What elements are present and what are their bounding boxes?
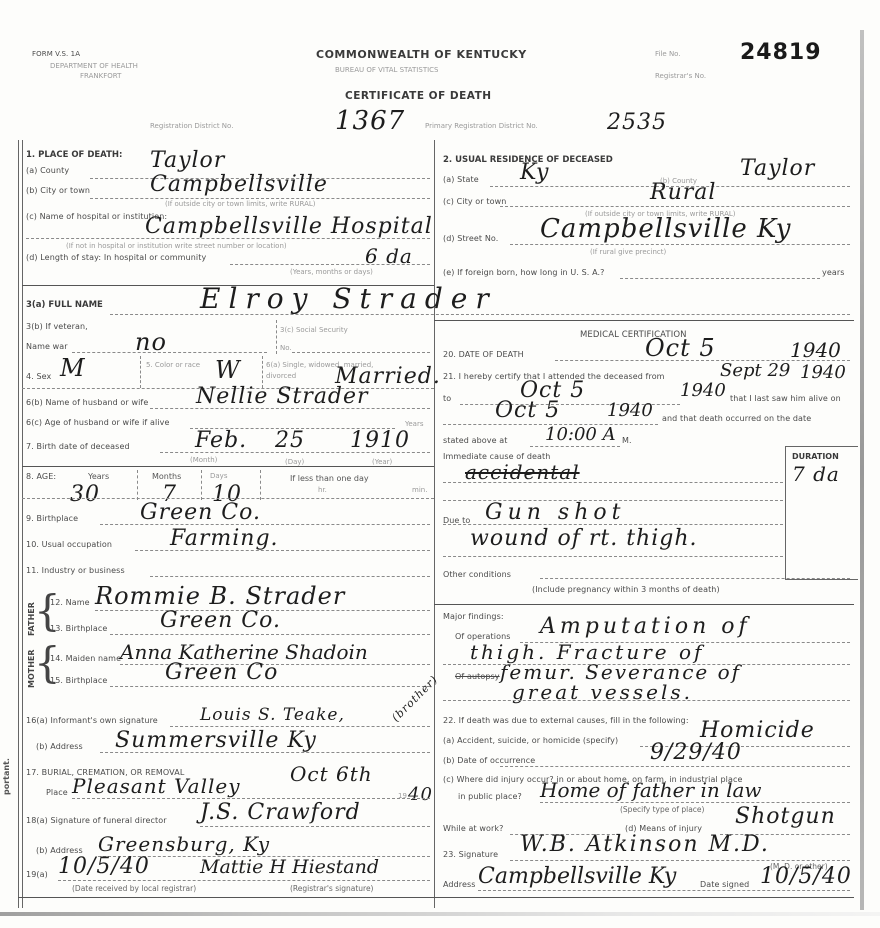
birthplace-label: 9. Birthplace xyxy=(26,514,78,523)
rule xyxy=(110,314,850,315)
rule xyxy=(140,356,141,388)
occupation-value: Farming. xyxy=(170,526,279,551)
birthplace-value: Green Co. xyxy=(140,500,261,525)
age-days-label: Days xyxy=(210,472,227,480)
spouse-label: 6(b) Name of husband or wife xyxy=(26,398,148,407)
rule xyxy=(500,766,850,767)
informant-relation: (brother) xyxy=(389,673,440,724)
industry-label: 11. Industry or business xyxy=(26,566,125,575)
hospital-note: (If not in hospital or institution write… xyxy=(66,242,287,250)
rule xyxy=(170,726,430,727)
rule xyxy=(22,466,434,467)
date-of-death-label: 20. DATE OF DEATH xyxy=(443,350,524,359)
spouse-age-label: 6(c) Age of husband or wife if alive xyxy=(26,418,169,427)
res-county: Taylor xyxy=(740,156,815,181)
rule xyxy=(22,498,434,499)
age-months-label: Months xyxy=(152,472,181,481)
birth-date-label: 7. Birth date of deceased xyxy=(26,442,130,451)
rule xyxy=(201,470,202,500)
less-than-day-label: If less than one day xyxy=(290,474,369,483)
rule xyxy=(434,604,854,605)
hr-label: hr. xyxy=(318,486,327,494)
form-number: FORM V.S. 1A xyxy=(32,50,80,58)
death-city: Campbellsville xyxy=(150,172,328,197)
rule xyxy=(555,360,850,361)
birth-month: Feb. xyxy=(195,428,247,453)
registration-district-label: Registration District No. xyxy=(150,122,233,130)
rule xyxy=(200,826,430,827)
file-no-label: File No. xyxy=(655,50,681,58)
veteran-label: 3(b) If veteran, xyxy=(26,322,88,331)
rule xyxy=(100,524,430,525)
burial-place: Pleasant Valley xyxy=(72,774,241,798)
res-street-note: (If rural give precinct) xyxy=(590,248,666,256)
to-label: to xyxy=(443,394,451,403)
mother-birthplace: Green Co xyxy=(165,660,278,685)
duration-value: 7 da xyxy=(792,462,840,486)
registrar-signature: Mattie H Hiestand xyxy=(200,856,379,878)
certificate-title: CERTIFICATE OF DEATH xyxy=(345,90,492,102)
rule xyxy=(443,482,783,483)
city-note: (If outside city or town limits, write R… xyxy=(165,200,316,208)
due-to-line-1: Gun shot xyxy=(485,500,625,525)
color-value: W xyxy=(215,356,241,384)
mother-birthplace-label: 15. Birthplace xyxy=(50,676,107,685)
rule xyxy=(500,206,850,207)
ss-label: 3(c) Social Security xyxy=(280,326,348,334)
father-birthplace: Green Co. xyxy=(160,608,281,633)
birth-year: 1910 xyxy=(350,428,410,453)
res-street: Campbellsville Ky xyxy=(540,214,791,244)
autopsy-label: Of autopsy xyxy=(455,672,500,681)
rule xyxy=(110,634,430,635)
color-label: 5. Color or race xyxy=(146,360,206,371)
funeral-director-signature: J.S. Crawford xyxy=(200,800,361,825)
age-label: 8. AGE: xyxy=(26,472,56,481)
funeral-director-label: 18(a) Signature of funeral director xyxy=(26,816,167,825)
attended-to-year: 1940 xyxy=(680,380,726,401)
spouse-age-years: Years xyxy=(405,420,423,428)
external-heading: 22. If death was due to external causes,… xyxy=(443,716,689,725)
duration-label: DURATION xyxy=(792,452,839,461)
received-date: 10/5/40 xyxy=(58,854,150,879)
rule xyxy=(510,860,850,861)
other-conditions-label: Other conditions xyxy=(443,570,511,579)
column-divider xyxy=(434,140,435,908)
department-name: DEPARTMENT OF HEALTH xyxy=(50,62,138,70)
last-saw-text: that I last saw him alive on xyxy=(730,394,841,403)
time-of-death: 10:00 A xyxy=(545,424,616,445)
informant-address-label: (b) Address xyxy=(36,742,83,751)
county-label: (a) County xyxy=(26,166,69,175)
res-state: Ky xyxy=(520,160,549,185)
due-to-line-2: wound of rt. thigh. xyxy=(470,526,698,551)
physician-signature: W.B. Atkinson M.D. xyxy=(520,832,770,857)
scan-bottom-edge xyxy=(0,912,880,916)
mother-name-label: 14. Maiden name xyxy=(50,654,121,663)
rule xyxy=(135,550,430,551)
bureau-title: BUREAU OF VITAL STATISTICS xyxy=(335,66,439,74)
other-conditions-note: (Include pregnancy within 3 months of de… xyxy=(532,585,720,594)
city-label: (b) City or town xyxy=(26,186,90,195)
operations-line-1: Amputation of xyxy=(540,614,751,639)
date-signed: 10/5/40 xyxy=(760,864,852,889)
occurrence-date: 9/29/40 xyxy=(650,740,742,765)
informant-address: Summersville Ky xyxy=(115,728,317,753)
where-note: (Specify type of place) xyxy=(620,805,704,814)
father-birthplace-label: 13. Birthplace xyxy=(50,624,107,633)
rule xyxy=(72,352,267,353)
frame-left xyxy=(18,140,19,908)
registration-district-number: 1367 xyxy=(335,106,405,136)
physician-address: Campbellsville Ky xyxy=(478,864,676,889)
res-city: Rural xyxy=(650,180,716,205)
ss-no-label: No. xyxy=(280,344,292,352)
signature-label: 23. Signature xyxy=(443,850,498,859)
findings-label: Major findings: xyxy=(443,612,504,621)
full-name: Elroy Strader xyxy=(200,282,497,315)
time-suffix: M. xyxy=(622,436,632,445)
stated-label: stated above at xyxy=(443,436,508,445)
death-certificate-scan: FORM V.S. 1A DEPARTMENT OF HEALTH FRANKF… xyxy=(0,0,880,928)
res-foreign-years: years xyxy=(822,268,845,277)
rule xyxy=(276,320,277,354)
department-city: FRANKFORT xyxy=(80,72,121,80)
birth-day-note: (Day) xyxy=(285,458,304,466)
director-address: Greensburg, Ky xyxy=(98,832,270,856)
burial-place-label: Place xyxy=(46,788,68,797)
death-county: Taylor xyxy=(150,148,225,173)
sex-value: M xyxy=(60,354,86,382)
res-street-label: (d) Street No. xyxy=(443,234,498,243)
registrar-no-label: Registrar's No. xyxy=(655,72,706,80)
rule xyxy=(90,198,430,199)
attended-from: Sept 29 xyxy=(720,360,790,381)
file-number: 24819 xyxy=(740,40,822,65)
state-title: COMMONWEALTH OF KENTUCKY xyxy=(316,48,527,61)
rule xyxy=(150,408,430,409)
means-of-injury: Shotgun xyxy=(735,804,836,829)
last-seen: Oct 5 xyxy=(495,398,560,423)
rule xyxy=(26,238,430,239)
divider-section-2 xyxy=(434,320,854,321)
date-of-death-year: 1940 xyxy=(790,338,841,362)
external-type-label: (a) Accident, suicide, or homicide (spec… xyxy=(443,736,618,745)
rule xyxy=(292,352,430,353)
stay-note: (Years, months or days) xyxy=(290,268,373,276)
place-of-death-heading: 1. PLACE OF DEATH: xyxy=(26,150,122,160)
burial-date: Oct 6th xyxy=(290,762,373,786)
sex-label: 4. Sex xyxy=(26,372,51,381)
hospital-name: Campbellsville Hospital xyxy=(145,214,433,239)
rule xyxy=(137,470,138,500)
injury-place: Home of father in law xyxy=(540,778,762,802)
date-signed-label: Date signed xyxy=(700,880,749,889)
primary-district-number: 2535 xyxy=(607,110,667,135)
physician-address-label: Address xyxy=(443,880,476,889)
birth-year-note: (Year) xyxy=(372,458,392,466)
informant-label: 16(a) Informant's own signature xyxy=(26,716,158,725)
rule xyxy=(260,470,261,500)
frame-left-inner xyxy=(22,140,23,908)
rule xyxy=(540,802,850,803)
rule xyxy=(110,686,430,687)
public-place-label: in public place? xyxy=(458,792,522,801)
rule xyxy=(510,244,850,245)
occurrence-date-label: (b) Date of occurrence xyxy=(443,756,535,765)
stay-label: (d) Length of stay: In hospital or commu… xyxy=(26,253,206,262)
while-at-work-label: While at work? xyxy=(443,824,503,833)
burial-year: 40 xyxy=(408,784,433,805)
rule xyxy=(530,446,620,447)
birth-day: 25 xyxy=(275,428,305,453)
rule xyxy=(443,556,783,557)
rule xyxy=(72,798,430,799)
min-label: min. xyxy=(412,486,427,494)
rule xyxy=(540,578,850,579)
date-of-death: Oct 5 xyxy=(645,334,716,362)
margin-text: portant. xyxy=(2,758,11,795)
full-name-label: 3(a) FULL NAME xyxy=(26,300,103,310)
age-years: 30 xyxy=(70,482,100,507)
occurred-text: and that death occurred on the date xyxy=(662,414,811,423)
rule xyxy=(58,880,430,881)
immediate-cause: accidental xyxy=(465,460,580,484)
received-note: (Date received by local registrar) xyxy=(72,884,196,893)
frame-bottom-left xyxy=(18,897,434,898)
birth-month-note: (Month) xyxy=(190,456,217,464)
father-name-label: 12. Name xyxy=(50,598,90,607)
rule xyxy=(150,576,430,577)
rule xyxy=(478,890,850,891)
father-name: Rommie B. Strader xyxy=(95,582,345,610)
registrar-note: (Registrar's signature) xyxy=(290,884,373,893)
scan-right-edge xyxy=(860,30,864,910)
rule xyxy=(160,452,430,453)
res-foreign-label: (e) If foreign born, how long in U. S. A… xyxy=(443,268,605,277)
informant-signature: Louis S. Teake, xyxy=(200,705,345,725)
rule xyxy=(443,700,850,701)
last-seen-year: 1940 xyxy=(607,400,653,421)
received-label: 19(a) xyxy=(26,870,48,879)
res-city-label: (c) City or town xyxy=(443,197,506,206)
spouse-name: Nellie Strader xyxy=(196,384,369,409)
primary-district-label: Primary Registration District No. xyxy=(425,122,538,130)
rule xyxy=(620,278,820,279)
age-years-label: Years xyxy=(88,472,109,481)
rule xyxy=(100,752,430,753)
attended-from-year: 1940 xyxy=(800,362,846,383)
rule xyxy=(230,264,430,265)
occupation-label: 10. Usual occupation xyxy=(26,540,112,549)
war-label: Name war xyxy=(26,342,68,351)
rule xyxy=(443,524,783,525)
frame-bottom-right xyxy=(434,897,854,898)
res-state-label: (a) State xyxy=(443,175,479,184)
